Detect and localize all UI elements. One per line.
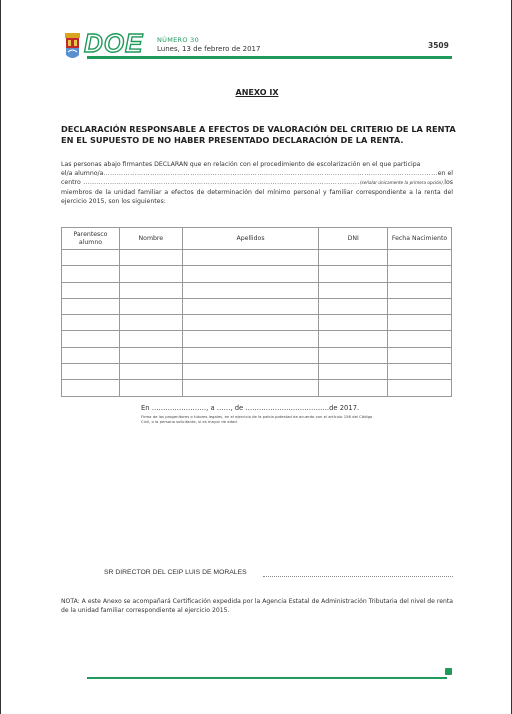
page-number: 3509 <box>428 41 449 50</box>
table-cell[interactable] <box>182 315 319 331</box>
table-cell[interactable] <box>119 331 182 347</box>
table-cell[interactable] <box>119 347 182 363</box>
table-cell[interactable] <box>119 250 182 266</box>
col-parentesco: Parentesco alumno <box>62 228 120 250</box>
table-header-row: Parentesco alumno Nombre Apellidos DNI F… <box>62 228 452 250</box>
annex-title: ANEXO IX <box>1 88 512 97</box>
table-cell[interactable] <box>319 364 388 380</box>
table-cell[interactable] <box>62 250 120 266</box>
table-cell[interactable] <box>319 250 388 266</box>
table-cell[interactable] <box>319 331 388 347</box>
school-field[interactable]: centro ………………………………………………………………………………………… <box>61 178 453 187</box>
signature-note: Firma de los progenitores o tutores lega… <box>141 414 381 424</box>
coat-of-arms-icon <box>64 33 81 61</box>
table-cell[interactable] <box>388 266 452 282</box>
table-cell[interactable] <box>182 364 319 380</box>
col-nombre: Nombre <box>119 228 182 250</box>
issue-date: Lunes, 13 de febrero de 2017 <box>157 45 260 53</box>
col-apellidos: Apellidos <box>182 228 319 250</box>
col-fecha-nacimiento: Fecha Nacimiento <box>388 228 452 250</box>
footer-square-icon <box>445 668 452 675</box>
table-cell[interactable] <box>388 250 452 266</box>
table-cell[interactable] <box>119 364 182 380</box>
family-members-table: Parentesco alumno Nombre Apellidos DNI F… <box>61 227 452 397</box>
table-cell[interactable] <box>388 315 452 331</box>
table-cell[interactable] <box>62 331 120 347</box>
body-line-4: miembros de la unidad familiar a efectos… <box>61 188 453 206</box>
table-cell[interactable] <box>319 347 388 363</box>
table-cell[interactable] <box>62 380 120 396</box>
table-row <box>62 250 452 266</box>
table-cell[interactable] <box>182 331 319 347</box>
table-row <box>62 364 452 380</box>
table-cell[interactable] <box>388 282 452 298</box>
table-cell[interactable] <box>182 266 319 282</box>
doe-logo: DOE <box>84 28 143 58</box>
table-cell[interactable] <box>62 298 120 314</box>
table-cell[interactable] <box>182 250 319 266</box>
table-cell[interactable] <box>388 364 452 380</box>
student-field[interactable]: el/a alumno/a ……………………………………………………………………… <box>61 169 453 178</box>
header-rule <box>87 56 452 59</box>
table-cell[interactable] <box>119 266 182 282</box>
table-cell[interactable] <box>319 282 388 298</box>
declaration-title: DECLARACIÓN RESPONSABLE A EFECTOS DE VAL… <box>61 124 461 146</box>
table-cell[interactable] <box>119 298 182 314</box>
declaration-body: Las personas abajo firmantes DECLARAN qu… <box>61 160 453 206</box>
table-cell[interactable] <box>388 347 452 363</box>
table-cell[interactable] <box>319 266 388 282</box>
footer-rule <box>87 677 447 679</box>
director-signature-field[interactable] <box>263 572 453 577</box>
table-cell[interactable] <box>182 298 319 314</box>
table-cell[interactable] <box>119 315 182 331</box>
table-cell[interactable] <box>388 331 452 347</box>
table-cell[interactable] <box>119 380 182 396</box>
table-cell[interactable] <box>62 347 120 363</box>
table-row <box>62 298 452 314</box>
body-line-1: Las personas abajo firmantes DECLARAN qu… <box>61 160 453 169</box>
table-row <box>62 331 452 347</box>
table-cell[interactable] <box>62 364 120 380</box>
table-cell[interactable] <box>319 298 388 314</box>
table-cell[interactable] <box>62 266 120 282</box>
table-cell[interactable] <box>388 380 452 396</box>
director-label: SR DIRECTOR DEL CEIP LUIS DE MORALES <box>104 569 247 576</box>
issue-number: NÚMERO 30 <box>157 36 199 44</box>
table-cell[interactable] <box>119 282 182 298</box>
col-dni: DNI <box>319 228 388 250</box>
table-row <box>62 347 452 363</box>
table-row <box>62 282 452 298</box>
table-cell[interactable] <box>62 282 120 298</box>
table-row <box>62 380 452 396</box>
table-cell[interactable] <box>182 347 319 363</box>
table-cell[interactable] <box>182 380 319 396</box>
nota-text: NOTA: A este Anexo se acompañará Certifi… <box>61 597 453 615</box>
table-cell[interactable] <box>319 380 388 396</box>
table-cell[interactable] <box>388 298 452 314</box>
table-row <box>62 315 452 331</box>
table-cell[interactable] <box>182 282 319 298</box>
table-cell[interactable] <box>62 315 120 331</box>
table-row <box>62 266 452 282</box>
place-date-line[interactable]: En ……………………, a ……, de ……………………………….de 20… <box>141 404 359 412</box>
table-cell[interactable] <box>319 315 388 331</box>
